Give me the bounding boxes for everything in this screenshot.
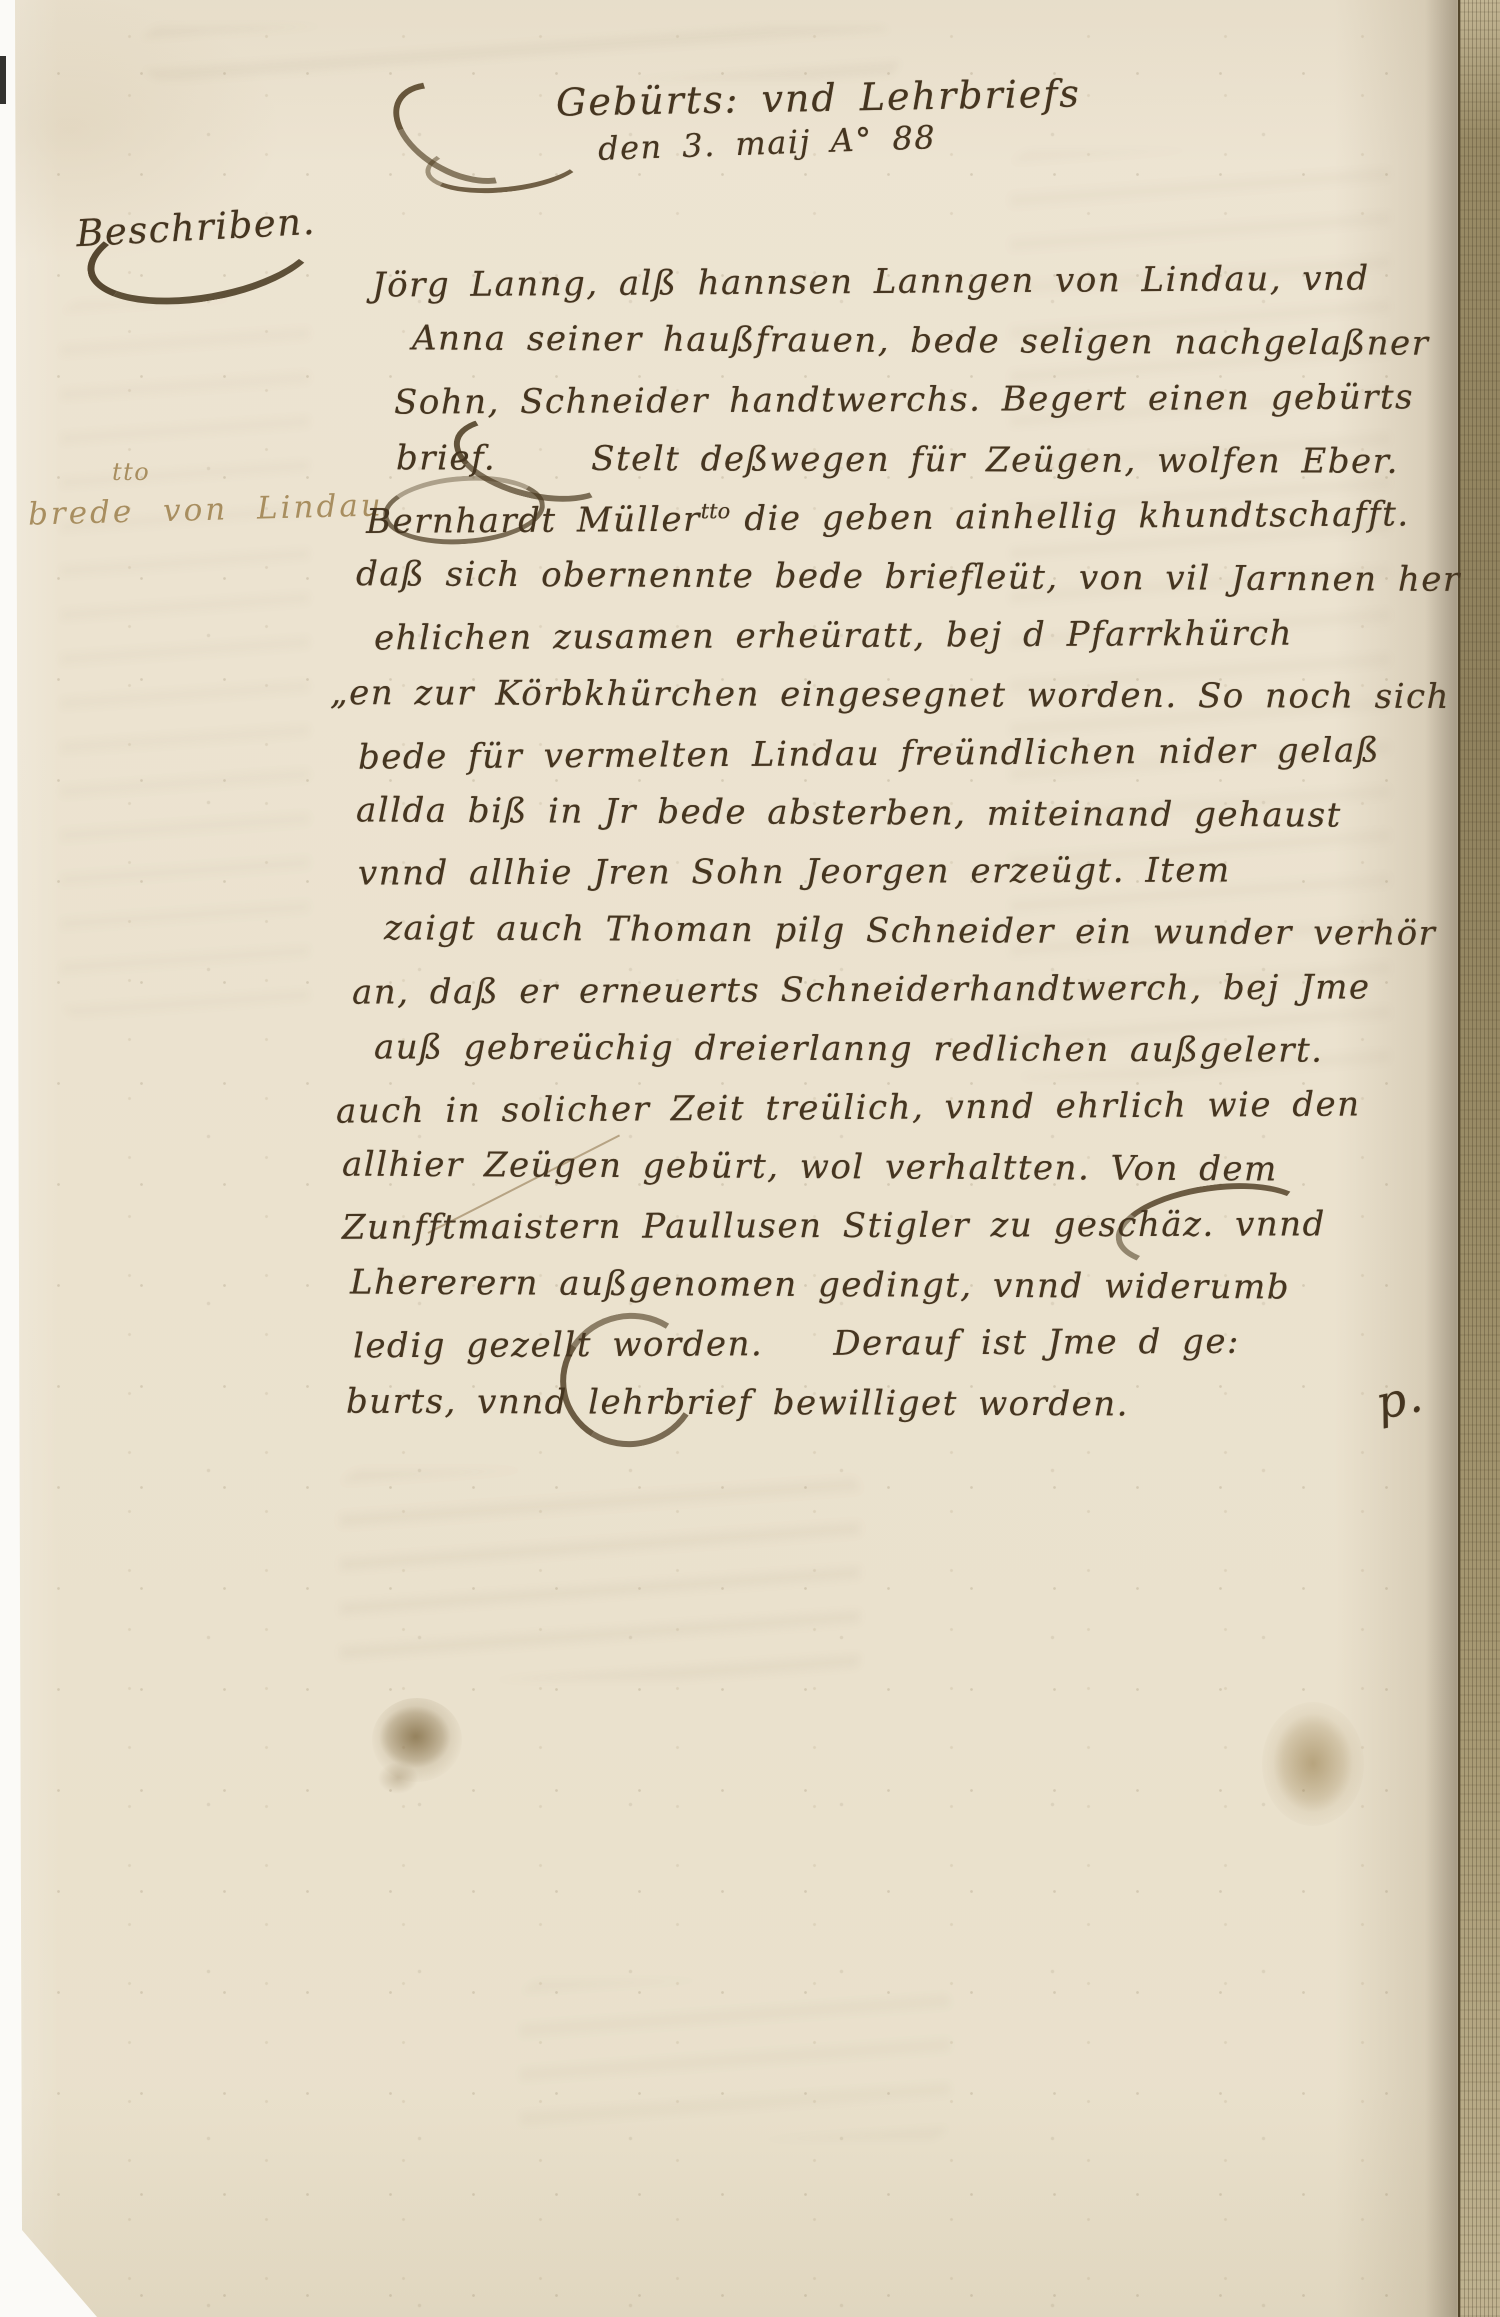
body-line-17: Zunfftmaistern Paullusen Stigler zu gesc…	[342, 1204, 1326, 1247]
show-through-ghost	[340, 1470, 860, 1680]
manuscript-page-scan: Gebürts: vnd Lehrbriefs den 3. maij A° 8…	[0, 0, 1500, 2317]
body-line-4-word-brief: brief.	[396, 438, 496, 478]
body-line-2: Anna seiner haußfrauen, bede seligen nac…	[412, 318, 1430, 363]
body-line-4-stelt: Stelt deßwegen für Zeügen, wolfen Eber.	[591, 439, 1399, 482]
body-line-1: Jörg Lanng, alß hannsen Lanngen von Lind…	[372, 259, 1370, 306]
body-line-10: allda biß in Jr bede absterben, miteinan…	[356, 790, 1342, 835]
book-fore-edge	[1458, 0, 1500, 2317]
body-line-14: auß gebreüchig dreierlanng redlichen auß…	[374, 1027, 1324, 1070]
body-line-4: brief.Stelt deßwegen für Zeügen, wolfen …	[396, 438, 1399, 482]
body-line-3: Sohn, Schneider handtwerchs. Begert eine…	[394, 377, 1414, 422]
body-line-16: allhier Zeügen gebürt, wol verhaltten. V…	[342, 1145, 1278, 1190]
body-line-8: „en zur Körbkhürchen eingesegnet worden.…	[330, 673, 1450, 717]
ink-stain-left	[372, 1698, 462, 1782]
age-stain-right	[1262, 1702, 1364, 1826]
show-through-ghost	[140, 26, 900, 80]
body-line-20: burts, vnnd lehrbrief bewilliget worden.	[346, 1382, 1129, 1425]
show-through-ghost	[520, 1980, 950, 2140]
scan-edge-artifact	[0, 56, 6, 104]
body-line-5-rest: die geben ainhellig khundtschafft.	[744, 495, 1410, 540]
body-line-19-left: ledig gezellt worden.	[353, 1324, 763, 1366]
body-line-5: Bernhardt Müllerttodie geben ainhellig k…	[366, 494, 1410, 542]
body-line-6: daß sich obernennte bede briefleüt, von …	[356, 554, 1461, 600]
body-line-15: auch in solicher Zeit treülich, vnnd ehr…	[336, 1084, 1361, 1131]
show-through-ghost	[60, 300, 310, 1020]
body-line-13: an, daß er erneuerts Schneiderhandtwerch…	[352, 967, 1371, 1012]
header-title: Gebürts: vnd Lehrbriefs	[556, 71, 1082, 124]
margin-note-tto: tto	[112, 458, 150, 486]
body-line-18: Lhererern außgenomen gedingt, vnnd wider…	[350, 1263, 1290, 1308]
body-line-7: ehlichen zusamen erheüratt, bej d Pfarrk…	[374, 614, 1293, 659]
body-line-9: bede für vermelten Lindau freündlichen n…	[358, 730, 1380, 777]
body-line-19: ledig gezellt worden.Derauf ist Jme d ge…	[353, 1322, 1240, 1367]
superscript-tto: tto	[701, 499, 731, 523]
body-line-12: zaigt auch Thoman pilg Schneider ein wun…	[384, 908, 1437, 954]
body-line-11: vnnd allhie Jren Sohn Jeorgen erzeügt. I…	[358, 850, 1231, 893]
body-line-19-derauf: Derauf ist Jme d ge:	[833, 1322, 1240, 1364]
witness-name-mueller: Bernhardt Müller	[366, 500, 701, 542]
